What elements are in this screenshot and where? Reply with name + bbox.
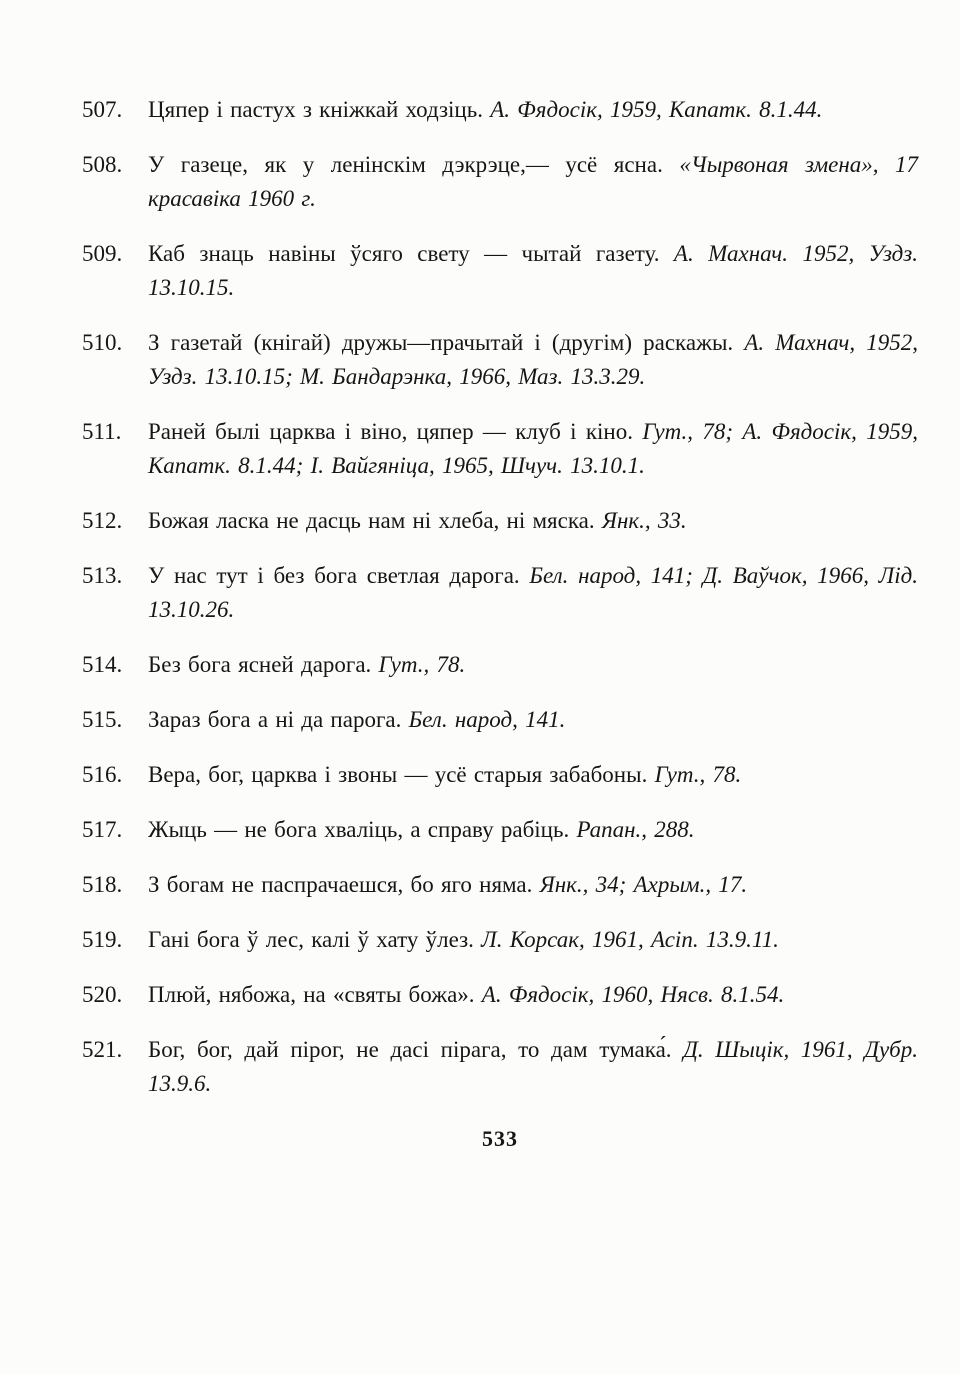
entry-number: 514.: [82, 648, 148, 682]
proverb-entry: 521. Бог, бог, дай пірог, не дасі пірага…: [82, 1033, 918, 1101]
entry-body: Каб знаць навіны ўсяго свету — чытай газ…: [148, 237, 918, 305]
proverb-entry: 513. У нас тут і без бога светлая дарога…: [82, 559, 918, 627]
citation-text: Л. Корсак, 1961, Асіп. 13.9.11.: [481, 927, 779, 952]
proverb-text: Цяпер і пастух з кніжкай ходзіць.: [148, 97, 483, 122]
proverb-text: Гані бога ў лес, калі ў хату ўлез.: [148, 927, 474, 952]
proverb-text: У газеце, як у ленінскім дэкрэце,— усё я…: [148, 152, 663, 177]
proverb-entry: 508. У газеце, як у ленінскім дэкрэце,— …: [82, 148, 918, 216]
proverb-entry: 512. Божая ласка не дасць нам ні хлеба, …: [82, 504, 918, 538]
proverb-entry: 509. Каб знаць навіны ўсяго свету — чыта…: [82, 237, 918, 305]
entry-number: 513.: [82, 559, 148, 593]
entry-number: 518.: [82, 868, 148, 902]
proverb-entry: 511. Раней былі царква і віно, цяпер — к…: [82, 415, 918, 483]
citation-text: Рапан., 288.: [576, 817, 694, 842]
entry-number: 515.: [82, 703, 148, 737]
entry-number: 516.: [82, 758, 148, 792]
entry-number: 519.: [82, 923, 148, 957]
citation-text: Гут., 78.: [655, 762, 742, 787]
proverb-entry: 520. Плюй, нябожа, на «святы божа». А. Ф…: [82, 978, 918, 1012]
entry-number: 521.: [82, 1033, 148, 1067]
proverb-text: З газетай (кнігай) дружы—прачытай і (дру…: [148, 330, 733, 355]
citation-text: Гут., 78.: [379, 652, 466, 677]
entry-body: У газеце, як у ленінскім дэкрэце,— усё я…: [148, 148, 918, 216]
citation-text: Янк., 34; Ахрым., 17.: [540, 872, 747, 897]
citation-text: А. Фядосік, 1960, Нясв. 8.1.54.: [482, 982, 784, 1007]
entry-number: 509.: [82, 237, 148, 271]
proverb-text: Без бога ясней дарога.: [148, 652, 371, 677]
entry-body: Зараз бога а ні да парога. Бел. народ, 1…: [148, 703, 918, 737]
proverb-text: З богам не паспрачаешся, бо яго няма.: [148, 872, 532, 897]
entry-number: 508.: [82, 148, 148, 182]
entry-body: У нас тут і без бога светлая дарога. Бел…: [148, 559, 918, 627]
proverb-text: Зараз бога а ні да парога.: [148, 707, 401, 732]
citation-text: Бел. народ, 141.: [409, 707, 566, 732]
proverb-entry: 515. Зараз бога а ні да парога. Бел. нар…: [82, 703, 918, 737]
entry-number: 510.: [82, 326, 148, 360]
proverb-text: Вера, бог, царква і звоны — усё старыя з…: [148, 762, 647, 787]
proverb-entry: 519. Гані бога ў лес, калі ў хату ўлез. …: [82, 923, 918, 957]
proverb-entry: 516. Вера, бог, царква і звоны — усё ста…: [82, 758, 918, 792]
entry-list: 507. Цяпер і пастух з кніжкай ходзіць. А…: [82, 93, 918, 1101]
page-number-label: 533: [82, 1122, 918, 1156]
entry-body: Без бога ясней дарога. Гут., 78.: [148, 648, 918, 682]
proverb-text: Божая ласка не дасць нам ні хлеба, ні мя…: [148, 508, 595, 533]
proverb-text: Раней былі царква і віно, цяпер — клуб і…: [148, 419, 633, 444]
entry-number: 511.: [82, 415, 148, 449]
entry-body: Бог, бог, дай пірог, не дасі пірага, то …: [148, 1033, 918, 1101]
document-page: 507. Цяпер і пастух з кніжкай ходзіць. А…: [0, 0, 960, 1374]
proverb-text: Жыць — не бога хваліць, а справу рабіць.: [148, 817, 569, 842]
entry-body: Гані бога ў лес, калі ў хату ўлез. Л. Ко…: [148, 923, 918, 957]
entry-body: З газетай (кнігай) дружы—прачытай і (дру…: [148, 326, 918, 394]
entry-body: Божая ласка не дасць нам ні хлеба, ні мя…: [148, 504, 918, 538]
proverb-entry: 517. Жыць — не бога хваліць, а справу ра…: [82, 813, 918, 847]
entry-body: Жыць — не бога хваліць, а справу рабіць.…: [148, 813, 918, 847]
citation-text: А. Фядосік, 1959, Капатк. 8.1.44.: [490, 97, 822, 122]
proverb-text: Бог, бог, дай пірог, не дасі пірага, то …: [148, 1037, 672, 1062]
proverb-entry: 514. Без бога ясней дарога. Гут., 78.: [82, 648, 918, 682]
proverb-text: Каб знаць навіны ўсяго свету — чытай газ…: [148, 241, 659, 266]
entry-body: З богам не паспрачаешся, бо яго няма. Ян…: [148, 868, 918, 902]
entry-number: 520.: [82, 978, 148, 1012]
entry-number: 507.: [82, 93, 148, 127]
proverb-text: У нас тут і без бога светлая дарога.: [148, 563, 520, 588]
entry-body: Вера, бог, царква і звоны — усё старыя з…: [148, 758, 918, 792]
citation-text: Янк., 33.: [602, 508, 687, 533]
proverb-text: Плюй, нябожа, на «святы божа».: [148, 982, 475, 1007]
entry-number: 517.: [82, 813, 148, 847]
entry-body: Плюй, нябожа, на «святы божа». А. Фядосі…: [148, 978, 918, 1012]
entry-body: Цяпер і пастух з кніжкай ходзіць. А. Фяд…: [148, 93, 918, 127]
proverb-entry: 518. З богам не паспрачаешся, бо яго ням…: [82, 868, 918, 902]
proverb-entry: 507. Цяпер і пастух з кніжкай ходзіць. А…: [82, 93, 918, 127]
entry-number: 512.: [82, 504, 148, 538]
proverb-entry: 510. З газетай (кнігай) дружы—прачытай і…: [82, 326, 918, 394]
entry-body: Раней былі царква і віно, цяпер — клуб і…: [148, 415, 918, 483]
